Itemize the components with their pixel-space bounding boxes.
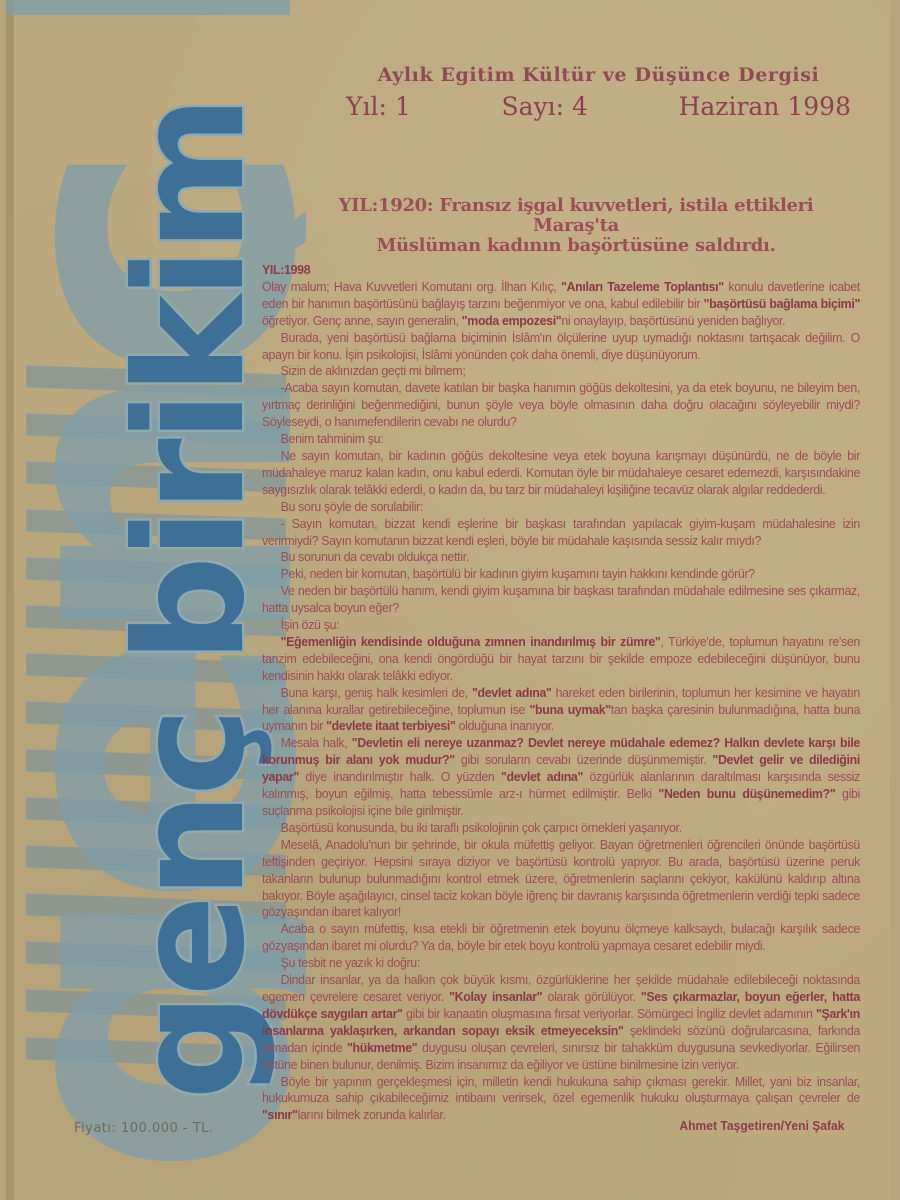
article-paragraph: Sizin de aklınızdan geçti mi bilmem; <box>262 363 860 380</box>
article-paragraph: Başörtüsü konusunda, bu iki taraflı psik… <box>262 820 860 837</box>
headline-line-1: YIL:1920: Fransız işgal kuvvetleri, isti… <box>296 196 856 236</box>
emphasis-text: "moda empozesi" <box>462 313 562 328</box>
headline: YIL:1920: Fransız işgal kuvvetleri, isti… <box>296 196 856 256</box>
article-paragraph: Buna karşı, geniş halk kesimleri de, "de… <box>262 685 860 736</box>
headline-line-2: Müslüman kadının başörtüsüne saldırdı. <box>296 236 856 256</box>
emphasis-text: "buna uymak" <box>529 702 610 717</box>
magazine-subtitle: Aylık Egitim Kültür ve Düşünce Dergisi <box>346 64 851 86</box>
article-paragraph: Acaba o sayın müfettiş, kısa etekli bir … <box>262 921 860 955</box>
emphasis-text: "Kolay insanlar" <box>449 989 542 1004</box>
article-paragraph: Dindar insanlar, ya da halkın çok büyük … <box>262 972 860 1073</box>
article-paragraph: Mesala halk, "Devletin eli nereye uzanma… <box>262 735 860 820</box>
article-paragraph: Peki, neden bir komutan, başörtülü bir k… <box>262 566 860 583</box>
article-paragraph: Benim tahminim şu: <box>262 431 860 448</box>
emphasis-text: "hükmetme" <box>347 1040 417 1055</box>
masthead: Aylık Egitim Kültür ve Düşünce Dergisi Y… <box>346 64 851 121</box>
article-paragraph: Ve neden bir başörtülü hanım, kendi giyi… <box>262 583 860 617</box>
article-paragraph: Şu tesbit ne yazık ki doğru: <box>262 955 860 972</box>
emphasis-text: "Anıları Tazeleme Toplantısı" <box>561 279 724 294</box>
emphasis-text: "başörtüsü bağlama biçimi" <box>704 296 860 311</box>
magazine-cover: genç birikim genç birikim Aylık Egitim K… <box>6 0 890 1200</box>
article-paragraph: Burada, yeni başörtüsü bağlama biçiminin… <box>262 330 860 364</box>
article-paragraph: İşin özü şu: <box>262 617 860 634</box>
emphasis-text: "devlet adına" <box>472 685 552 700</box>
section-label: YIL:1998 <box>262 262 860 279</box>
emphasis-text: "sınır" <box>262 1107 298 1122</box>
logo: genç birikim genç birikim <box>6 0 306 1200</box>
logo-text: genç birikim <box>116 99 266 1100</box>
article-paragraphs: Olay malum; Hava Kuvvetleri Komutanı org… <box>262 279 860 1124</box>
article-paragraph: Ne sayın komutan, bir kadının göğüs deko… <box>262 448 860 499</box>
issue-date: Haziran 1998 <box>679 92 851 121</box>
article-body: YIL:1998 Olay malum; Hava Kuvvetleri Kom… <box>262 262 860 1124</box>
emphasis-text: "devlete itaat terbiyesi" <box>326 718 455 733</box>
article-paragraph: Böyle bir yapının gerçekleşmesi için, mi… <box>262 1074 860 1125</box>
issue-info: Yıl: 1 Sayı: 4 Haziran 1998 <box>346 92 851 121</box>
article-paragraph: Bu soru şöyle de sorulabilir: <box>262 499 860 516</box>
issue-number: Sayı: 4 <box>501 92 587 121</box>
article-paragraph: Meselâ, Anadolu'nun bir şehrinde, bir ok… <box>262 837 860 922</box>
issue-year: Yıl: 1 <box>346 92 411 121</box>
emphasis-text: "Neden bunu düşünemedim?" <box>658 786 835 801</box>
price-label: Fiyatı: 100.000 - TL. <box>74 1121 214 1136</box>
article-paragraph: - Sayın komutan, bizzat kendi eşlerine b… <box>262 516 860 550</box>
article-paragraph: "Eğemenliğin kendisinde olduğuna zımnen … <box>262 634 860 685</box>
article-paragraph: -Acaba sayın komutan, davete katılan bir… <box>262 380 860 431</box>
emphasis-text: "Eğemenliğin kendisinde olduğuna zımnen … <box>281 634 661 649</box>
article-byline: Ahmet Taşgetiren/Yeni Şafak <box>679 1118 844 1133</box>
emphasis-text: "Ses çıkarmazlar, boyun eğerler, hatta d… <box>262 989 860 1021</box>
article-paragraph: Olay malum; Hava Kuvvetleri Komutanı org… <box>262 279 860 330</box>
emphasis-text: "devlet adına" <box>501 769 583 784</box>
article-paragraph: Bu sorunun da cevabı oldukça nettir. <box>262 549 860 566</box>
